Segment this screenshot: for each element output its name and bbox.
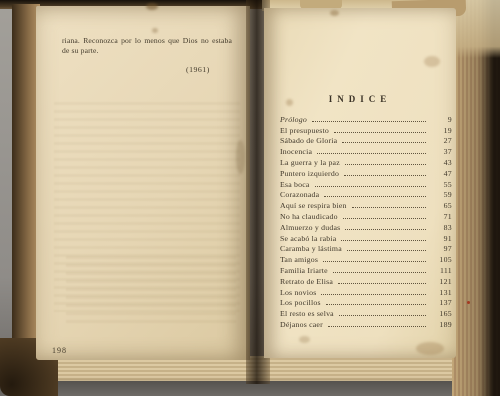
entry-title: Aquí se respira bien	[280, 201, 347, 210]
dot-leader	[312, 121, 426, 122]
entry-page-number: 111	[430, 266, 452, 275]
index-entry: Esa boca55	[280, 179, 452, 190]
entry-page-number: 131	[430, 288, 452, 297]
index-entry: Déjanos caer189	[280, 319, 452, 330]
entry-page-number: 71	[430, 212, 452, 221]
entry-page-number: 189	[430, 320, 452, 329]
foxing-stain	[236, 140, 245, 174]
entry-page-number: 27	[430, 136, 452, 145]
index-entry: Corazonada59	[280, 190, 452, 201]
entry-title: El resto es selva	[280, 309, 334, 318]
dot-leader	[342, 142, 426, 143]
entry-title: No ha claudicado	[280, 212, 338, 221]
foxing-stain	[416, 342, 444, 355]
entry-page-number: 37	[430, 147, 452, 156]
foxing-stain	[330, 10, 339, 16]
entry-title: Se acabó la rabia	[280, 234, 336, 243]
dot-leader	[341, 240, 426, 241]
ink-showthrough	[66, 256, 236, 326]
dot-leader	[324, 196, 426, 197]
entry-page-number: 47	[430, 169, 452, 178]
entry-page-number: 137	[430, 298, 452, 307]
foxing-stain	[286, 99, 293, 106]
entry-page-number: 83	[430, 223, 452, 232]
dot-leader	[345, 164, 426, 165]
entry-title: Familia Iriarte	[280, 266, 328, 275]
entry-page-number: 105	[430, 255, 452, 264]
entry-page-number: 165	[430, 309, 452, 318]
index-entry: No ha claudicado71	[280, 211, 452, 222]
dot-leader	[345, 229, 426, 230]
left-page-number: 198	[52, 346, 67, 355]
entry-page-number: 97	[430, 244, 452, 253]
entry-title: Caramba y lástima	[280, 244, 342, 253]
index-entry: Los pocillos137	[280, 298, 452, 309]
dot-leader	[344, 175, 426, 176]
entry-title: Retrato de Elisa	[280, 277, 333, 286]
dot-leader	[321, 294, 426, 295]
index-entry: Se acabó la rabia91	[280, 233, 452, 244]
dot-leader	[352, 207, 426, 208]
index-entry: El resto es selva165	[280, 308, 452, 319]
entry-page-number: 55	[430, 180, 452, 189]
foxing-stain	[152, 28, 158, 33]
entry-title: Tan amigos	[280, 255, 318, 264]
index-entry: El presupuesto19	[280, 125, 452, 136]
index-entry: Los novios131	[280, 287, 452, 298]
dot-leader	[328, 326, 426, 327]
dot-leader	[338, 283, 426, 284]
entry-title: La guerra y la paz	[280, 158, 340, 167]
entry-page-number: 59	[430, 190, 452, 199]
left-page-text: riana. Reconozca por lo menos que Dios n…	[62, 36, 232, 55]
entry-title: Los novios	[280, 288, 316, 297]
dot-leader	[315, 186, 426, 187]
entry-title: El presupuesto	[280, 126, 329, 135]
entry-page-number: 91	[430, 234, 452, 243]
index-entry: Caramba y lástima97	[280, 244, 452, 255]
entry-title: Déjanos caer	[280, 320, 323, 329]
index-entry: Familia Iriarte111	[280, 265, 452, 276]
index-entry: Puntero izquierdo47	[280, 168, 452, 179]
entry-title: Almuerzo y dudas	[280, 223, 340, 232]
dot-leader	[323, 261, 426, 262]
foxing-stain	[299, 336, 310, 343]
index-entry: Prólogo9	[280, 114, 452, 125]
index-entry: Sábado de Gloria27	[280, 136, 452, 147]
book-fore-edge-pages	[452, 0, 500, 396]
entry-title: Corazonada	[280, 190, 319, 199]
foxing-stain	[424, 56, 440, 67]
entry-title: Esa boca	[280, 180, 310, 189]
entry-page-number: 65	[430, 201, 452, 210]
dot-leader	[343, 218, 426, 219]
dot-leader	[347, 250, 426, 251]
entry-page-number: 19	[430, 126, 452, 135]
entry-title: Los pocillos	[280, 298, 321, 307]
entry-page-number: 121	[430, 277, 452, 286]
dot-leader	[339, 315, 426, 316]
index-list: Prólogo9El presupuesto19Sábado de Gloria…	[280, 114, 452, 330]
index-entry: Retrato de Elisa121	[280, 276, 452, 287]
dot-leader	[317, 153, 426, 154]
dot-leader	[326, 304, 426, 305]
index-entry: Inocencia37	[280, 146, 452, 157]
dot-leader	[333, 272, 426, 273]
red-ink-speck	[467, 301, 470, 304]
index-entry: Tan amigos105	[280, 254, 452, 265]
entry-title: Prólogo	[280, 115, 307, 124]
entry-page-number: 43	[430, 158, 452, 167]
index-entry: Almuerzo y dudas83	[280, 222, 452, 233]
left-page: riana. Reconozca por lo menos que Dios n…	[36, 6, 250, 360]
entry-title: Puntero izquierdo	[280, 169, 339, 178]
left-page-year: (1961)	[186, 65, 210, 74]
entry-title: Sábado de Gloria	[280, 136, 337, 145]
book-photo: riana. Reconozca por lo menos que Dios n…	[0, 0, 500, 396]
index-entry: La guerra y la paz43	[280, 157, 452, 168]
entry-title: Inocencia	[280, 147, 312, 156]
index-entry: Aquí se respira bien65	[280, 200, 452, 211]
foxing-stain	[146, 3, 158, 10]
entry-page-number: 9	[430, 115, 452, 124]
dot-leader	[334, 132, 426, 133]
